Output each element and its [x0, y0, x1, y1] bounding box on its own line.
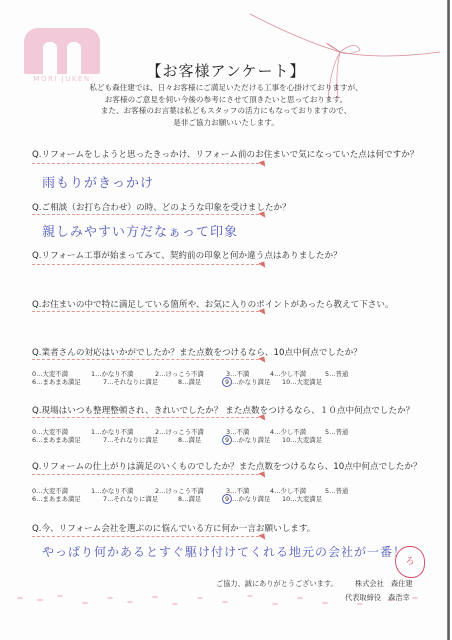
- thanks-text: ご協力、誠にありがとうございます。: [216, 579, 338, 589]
- answer-2: 親しみやすい方だなぁって印象: [42, 221, 238, 240]
- question-underline: [32, 163, 264, 164]
- question-underline: [32, 536, 264, 537]
- question-underline: [32, 417, 264, 418]
- question-4: Q.お住まいの中で特に満足している箇所や、お気に入りのポイントがあったら教えて下…: [32, 298, 394, 310]
- question-underline: [32, 264, 264, 265]
- intro-text: 私ども森住建では、日々お客様にご満足いただける工事を心掛けておりますが、 お客様…: [0, 82, 452, 128]
- question-underline: [32, 311, 264, 312]
- question-2: Q.ご相談（お打ち合わせ）の時、どのような印象を受けましたか？: [32, 201, 291, 213]
- intro-line: また、お客様のお言葉は私どもスタッフの活力にもなっておりますので、: [0, 105, 452, 117]
- intro-line: お客様のご意見を伺い今後の参考にさせて頂きたいと思っております。: [0, 94, 452, 106]
- question-6: Q.現場はいつも整理整頓され、きれいでしたか？ また点数をつけるなら、１０点中何…: [32, 404, 414, 416]
- question-underline: [32, 474, 264, 475]
- question-3: Q.リフォーム工事が始まってみて、契約前の印象と何か違う点はありましたか？: [32, 249, 342, 261]
- selected-score-9: 9…かなり満足: [224, 494, 270, 504]
- signature-stamp: ろ: [395, 546, 425, 578]
- selected-score-9: 9…かなり満足: [224, 435, 270, 445]
- question-underline: [32, 359, 264, 360]
- question-underline: [32, 214, 264, 215]
- question-8: Q.今、リフォーム会社を選ぶのに悩んでいる方に何か一言お願いします。: [32, 522, 315, 534]
- question-7: Q.リフォームの仕上がりは満足のいくものでしたか？また点数をつけるなら、10点中…: [32, 460, 422, 472]
- representative-name: 代表取締役 森浩幸: [345, 593, 410, 603]
- survey-page: MORI JUKEN 【お客様アンケート】 私ども森住建では、日々お客様にご満足…: [0, 0, 452, 640]
- page-title: 【お客様アンケート】: [0, 60, 452, 81]
- intro-line: 私ども森住建では、日々お客様にご満足いただける工事を心掛けておりますが、: [0, 82, 452, 94]
- answer-8: やっぱり何かあるとすぐ駆け付けてくれる地元の会社が一番！: [42, 543, 406, 560]
- selected-score-9: 9…かなり満足: [224, 377, 270, 387]
- scan-edge: [447, 0, 450, 640]
- answer-1: 雨もりがきっかけ: [42, 172, 154, 191]
- intro-line: 是非ご協力お願いいたします。: [0, 117, 452, 129]
- question-5: Q.業者さんの対応はいかがでしたか？また点数をつけるなら、10点中何点でしたか？: [32, 346, 362, 358]
- company-name: 株式会社 森住建: [355, 579, 413, 589]
- question-1: Q.リフォームをしようと思ったきっかけ、リフォーム前のお住まいで気になっていた点…: [32, 148, 418, 160]
